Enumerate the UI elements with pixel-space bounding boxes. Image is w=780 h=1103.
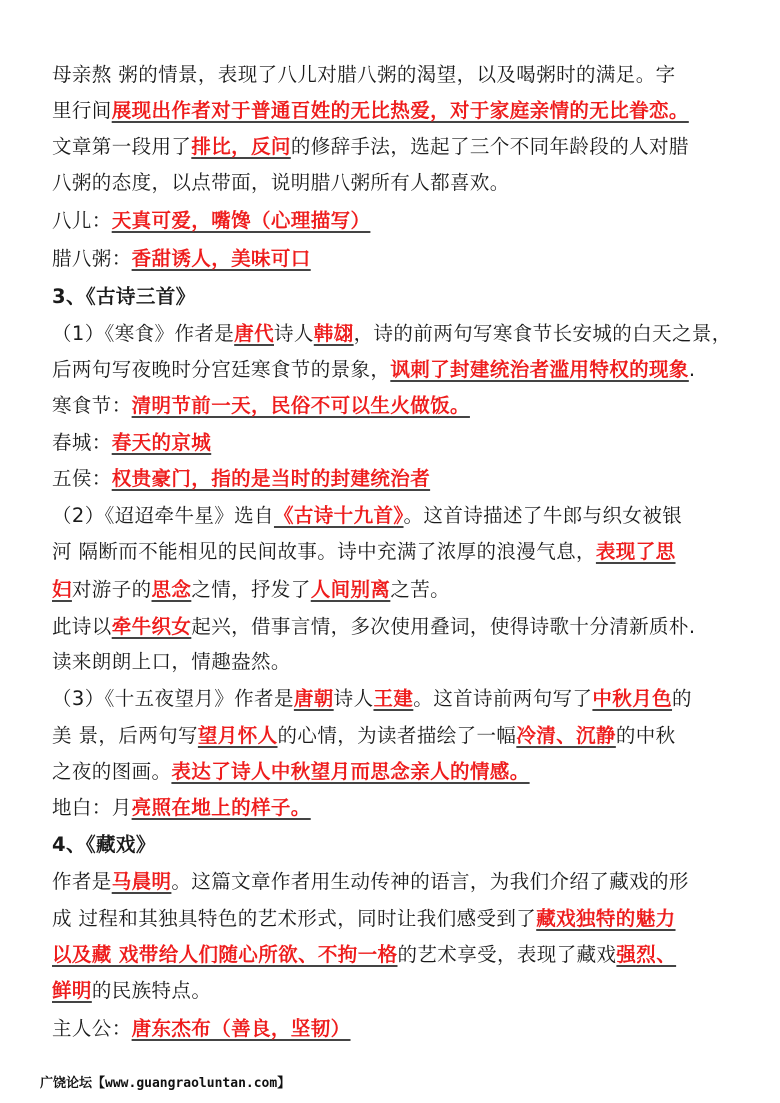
text-segment: 的艺术享受，表现了藏戏 xyxy=(398,943,617,966)
text-line: 作者是马晨明。这篇文章作者用生动传神的语言，为我们介绍了藏戏的形 xyxy=(52,869,689,895)
text-segment: （3）《十五夜望月》作者是 xyxy=(52,687,294,710)
text-line: 母亲熬 粥的情景，表现了八儿对腊八粥的渴望，以及喝粥时的满足。字 xyxy=(52,62,676,88)
text-line: 美 景，后两句写望月怀人的心情，为读者描绘了一幅冷清、沉静的中秋 xyxy=(52,723,676,749)
text-segment: 读来朗朗上口，情趣盎然。 xyxy=(52,650,291,673)
text-segment: 。这篇文章作者用生动传神的语言，为我们介绍了藏戏的形 xyxy=(171,870,688,893)
highlighted-answer: 唐东杰布（善良，坚韧） xyxy=(132,1017,351,1040)
text-segment: 八儿： xyxy=(52,209,112,232)
highlighted-answer: 春天的京城 xyxy=(112,431,212,454)
text-line: 鲜明的民族特点。 xyxy=(52,978,211,1004)
text-line: 妇对游子的思念之情，抒发了人间别离之苦。 xyxy=(52,577,450,603)
highlighted-answer: 冷清、沉静 xyxy=(516,724,616,747)
highlighted-answer: 韩翃 xyxy=(314,322,354,345)
text-segment: . xyxy=(689,358,696,381)
highlighted-answer: 权贵豪门，指的是当时的封建统治者 xyxy=(112,467,430,490)
text-segment: 起兴，借事言情，多次使用叠词，使得诗歌十分清新质朴. xyxy=(191,615,695,638)
highlighted-answer: 王建 xyxy=(373,687,413,710)
section-heading: 4、《藏戏》 xyxy=(52,832,156,858)
text-segment: 此诗以 xyxy=(52,615,112,638)
highlighted-answer: 《古诗十九首》 xyxy=(274,504,404,527)
highlighted-answer: 望月怀人 xyxy=(198,724,278,747)
text-segment: 之夜的图画。 xyxy=(52,760,171,783)
text-segment: （2）《迢迢牵牛星》选自 xyxy=(52,504,274,527)
text-segment: （1）《寒食》作者是 xyxy=(52,322,234,345)
text-segment: ，诗的前两句写寒食节长安城的白天之景， xyxy=(354,322,732,345)
text-segment: 。这首诗描述了牛郎与织女被银 xyxy=(404,504,683,527)
text-line: 成 过程和其独具特色的艺术形式，同时让我们感受到了藏戏独特的魅力 xyxy=(52,906,676,932)
text-segment: 的中秋 xyxy=(616,724,676,747)
text-line: 八儿：天真可爱，嘴馋（心理描写） xyxy=(52,208,370,234)
text-line: 河 隔断而不能相见的民间故事。诗中充满了浓厚的浪漫气息，表现了思 xyxy=(52,539,676,565)
highlighted-answer: 讽刺了封建统治者滥用特权的现象 xyxy=(390,358,689,381)
highlighted-answer: 牵牛织女 xyxy=(112,615,192,638)
text-line: （1）《寒食》作者是唐代诗人韩翃，诗的前两句写寒食节长安城的白天之景， xyxy=(52,321,732,347)
highlighted-answer: 马晨明 xyxy=(112,870,172,893)
text-segment: 寒食节： xyxy=(52,394,132,417)
highlighted-answer: 表达了诗人中秋望月而思念亲人的情感。 xyxy=(171,760,529,783)
text-line: 春城：春天的京城 xyxy=(52,430,211,456)
text-line: 腊八粥：香甜诱人，美味可口 xyxy=(52,246,311,272)
highlighted-answer: 唐代 xyxy=(234,322,274,345)
text-line: （2）《迢迢牵牛星》选自《古诗十九首》。这首诗描述了牛郎与织女被银 xyxy=(52,503,682,529)
text-segment: 的 xyxy=(672,687,692,710)
text-segment: 诗人 xyxy=(274,322,314,345)
text-segment: 之情，抒发了 xyxy=(191,578,310,601)
highlighted-answer: 香甜诱人，美味可口 xyxy=(132,247,311,270)
text-segment: 的民族特点。 xyxy=(92,979,211,1002)
text-line: 读来朗朗上口，情趣盎然。 xyxy=(52,649,291,675)
section-heading: 3、《古诗三首》 xyxy=(52,284,196,310)
text-line: 八粥的态度，以点带面，说明腊八粥所有人都喜欢。 xyxy=(52,170,510,196)
footer-site-name: 广饶论坛 xyxy=(40,1076,92,1091)
highlighted-answer: 强烈、 xyxy=(616,943,676,966)
text-line: 之夜的图画。表达了诗人中秋望月而思念亲人的情感。 xyxy=(52,759,530,785)
text-line: 里行间展现出作者对于普通百姓的无比热爱，对于家庭亲情的无比眷恋。 xyxy=(52,98,689,124)
footer-watermark: 广饶论坛【www.guangraoluntan.com】 xyxy=(40,1072,290,1091)
text-line: 此诗以牵牛织女起兴，借事言情，多次使用叠词，使得诗歌十分清新质朴. xyxy=(52,614,695,640)
text-segment: 美 景，后两句写 xyxy=(52,724,198,747)
text-segment: 诗人 xyxy=(334,687,374,710)
text-line: 五侯：权贵豪门，指的是当时的封建统治者 xyxy=(52,466,430,492)
highlighted-answer: 展现出作者对于普通百姓的无比热爱，对于家庭亲情的无比眷恋。 xyxy=(112,99,689,122)
text-segment: 母亲熬 粥的情景，表现了八儿对腊八粥的渴望，以及喝粥时的满足。字 xyxy=(52,63,676,86)
text-line: 地白：月亮照在地上的样子。 xyxy=(52,795,311,821)
text-line: 以及藏 戏带给人们随心所欲、不拘一格的艺术享受，表现了藏戏强烈、 xyxy=(52,942,676,968)
highlighted-answer: 藏戏独特的魅力 xyxy=(536,907,675,930)
text-segment: 的修辞手法，选起了三个不同年龄段的人对腊 xyxy=(291,135,689,158)
text-segment: 后两句写夜晚时分宫廷寒食节的景象， xyxy=(52,358,390,381)
text-segment: 里行间 xyxy=(52,99,112,122)
text-segment: 文章第一段用了 xyxy=(52,135,191,158)
highlighted-answer: 表现了思 xyxy=(596,540,676,563)
highlighted-answer: 清明节前一天，民俗不可以生火做饭。 xyxy=(132,394,470,417)
highlighted-answer: 唐朝 xyxy=(294,687,334,710)
text-segment: 腊八粥： xyxy=(52,247,132,270)
highlighted-answer: 鲜明 xyxy=(52,979,92,1002)
text-segment: 成 过程和其独具特色的艺术形式，同时让我们感受到了 xyxy=(52,907,536,930)
text-segment: 八粥的态度，以点带面，说明腊八粥所有人都喜欢。 xyxy=(52,171,510,194)
text-segment: 地白：月 xyxy=(52,796,132,819)
text-segment: 。这首诗前两句写了 xyxy=(413,687,592,710)
footer-url: 【www.guangraoluntan.com】 xyxy=(92,1076,290,1091)
highlighted-answer: 思念 xyxy=(152,578,192,601)
text-segment: 的心情，为读者描绘了一幅 xyxy=(278,724,517,747)
text-line: 寒食节：清明节前一天，民俗不可以生火做饭。 xyxy=(52,393,470,419)
highlighted-answer: 天真可爱，嘴馋（心理描写） xyxy=(112,209,371,232)
text-segment: 4、《藏戏》 xyxy=(52,833,156,856)
highlighted-answer: 中秋月色 xyxy=(592,687,672,710)
text-line: 后两句写夜晚时分宫廷寒食节的景象，讽刺了封建统治者滥用特权的现象. xyxy=(52,357,695,383)
document-page: 母亲熬 粥的情景，表现了八儿对腊八粥的渴望，以及喝粥时的满足。字里行间展现出作者… xyxy=(0,0,780,1103)
text-segment: 作者是 xyxy=(52,870,112,893)
text-segment: 春城： xyxy=(52,431,112,454)
text-segment: 主人公： xyxy=(52,1017,132,1040)
text-segment: 3、《古诗三首》 xyxy=(52,285,196,308)
text-segment: 之苦。 xyxy=(390,578,450,601)
text-segment: 对游子的 xyxy=(72,578,152,601)
text-segment: 五侯： xyxy=(52,467,112,490)
highlighted-answer: 以及藏 戏带给人们随心所欲、不拘一格 xyxy=(52,943,398,966)
highlighted-answer: 排比，反问 xyxy=(191,135,291,158)
highlighted-answer: 人间别离 xyxy=(311,578,391,601)
text-line: （3）《十五夜望月》作者是唐朝诗人王建。这首诗前两句写了中秋月色的 xyxy=(52,686,692,712)
text-line: 文章第一段用了排比，反问的修辞手法，选起了三个不同年龄段的人对腊 xyxy=(52,134,689,160)
text-line: 主人公：唐东杰布（善良，坚韧） xyxy=(52,1016,351,1042)
highlighted-answer: 亮照在地上的样子。 xyxy=(132,796,311,819)
text-segment: 河 隔断而不能相见的民间故事。诗中充满了浓厚的浪漫气息， xyxy=(52,540,596,563)
highlighted-answer: 妇 xyxy=(52,578,72,601)
